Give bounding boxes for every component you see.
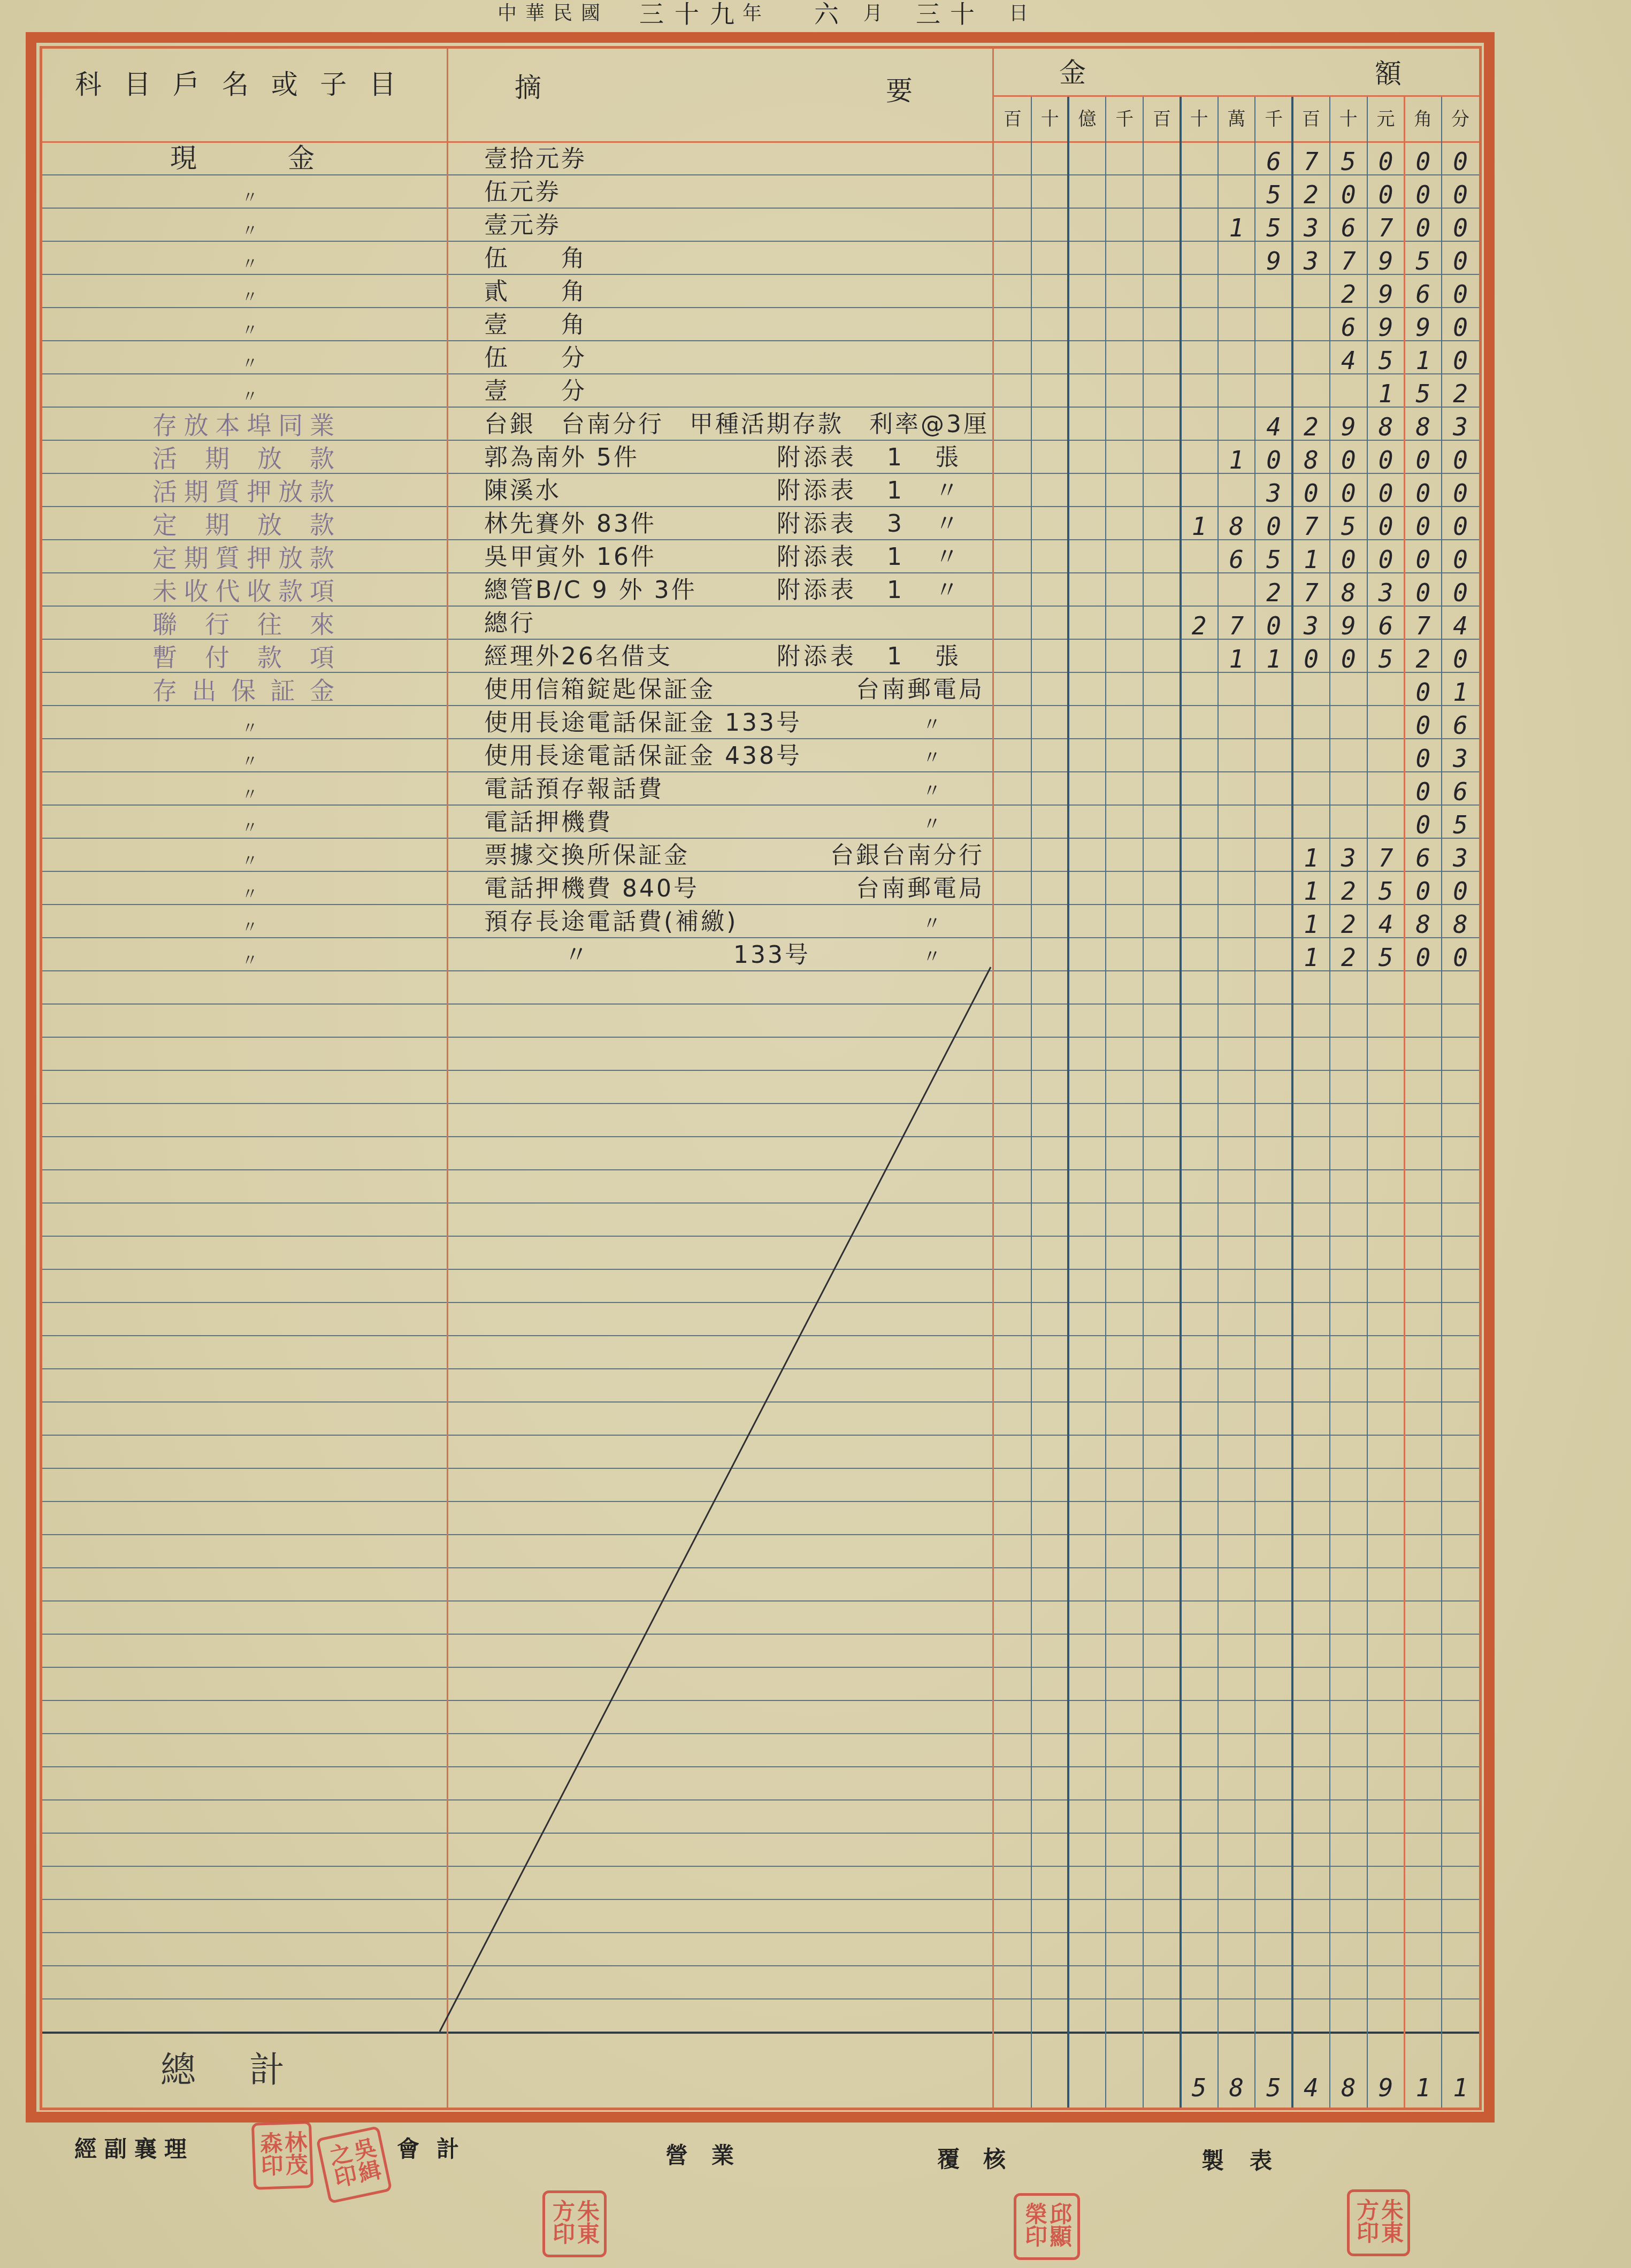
- month-label: 月: [863, 2, 883, 26]
- amount-digits: 06: [994, 712, 1490, 739]
- amount-digits: 300000: [994, 480, 1490, 507]
- summary-note: 附添表 1 張: [777, 642, 962, 671]
- subject-ditto-mark: 〃: [242, 288, 258, 307]
- summary-note: 〃: [923, 814, 941, 835]
- summary-text: 壹 角: [484, 311, 587, 340]
- summary-text: 總行: [484, 609, 535, 638]
- month-value: 六: [814, 0, 839, 29]
- subject-ditto-mark: 〃: [242, 189, 258, 207]
- account-subject: 定期放款: [152, 511, 334, 539]
- unit-label: 百: [994, 97, 1031, 141]
- ledger-row: 〃 壹 分 152: [0, 375, 1631, 408]
- amount-digits: 937950: [994, 248, 1490, 274]
- total-separator-line: [42, 2032, 1479, 2034]
- signature-label-preparer: 製表: [1201, 2148, 1298, 2174]
- seal-stamp-text: 林茂森印: [257, 2130, 308, 2181]
- summary-note: 附添表 1 張: [777, 443, 962, 472]
- amount-digits: 12488: [994, 911, 1490, 938]
- ledger-row: 活期質押放款 陳溪水 附添表 1 〃 300000: [0, 474, 1631, 508]
- summary-text: 使用信箱錠匙保証金: [484, 676, 715, 704]
- summary-text: 台銀 台南分行 甲種活期存款 利率@3厘: [484, 410, 989, 439]
- summary-text: 壹 分: [484, 377, 587, 406]
- unit-label: 萬: [1218, 97, 1255, 141]
- ledger-row: 〃 壹元券 1536700: [0, 209, 1631, 242]
- amount-digits: 05: [994, 811, 1490, 838]
- subject-ditto-mark: 〃: [242, 852, 258, 870]
- subject-ditto-mark: 〃: [242, 819, 258, 837]
- summary-text: 貳 角: [484, 278, 587, 307]
- summary-text: 票據交換所保証金: [484, 841, 690, 870]
- subject-ditto-mark: 〃: [242, 719, 258, 738]
- amount-digits: 4510: [994, 347, 1490, 374]
- summary-text: 使用長途電話保証金 438号: [484, 742, 802, 771]
- summary-text: 經理外26名借支: [484, 642, 672, 671]
- seal-stamp: 邱顯榮印: [1014, 2193, 1080, 2260]
- subject-ditto-mark: 〃: [242, 885, 258, 903]
- unit-label: 千: [1255, 97, 1292, 141]
- summary-note: 附添表 1 〃: [777, 576, 962, 605]
- amount-digits: 01: [994, 679, 1490, 706]
- summary-text: 壹元券: [484, 211, 561, 240]
- ledger-page: 中華民國 三十九 年 六 月 三十 日 科目戶名或子目 摘 要 金 額 百 十: [0, 0, 1631, 2268]
- ledger-row: 〃 票據交換所保証金 台銀台南分行 13763: [0, 839, 1631, 872]
- ledger-row: 定期放款 林先賽外 83件 附添表 3 〃 18075000: [0, 508, 1631, 541]
- unit-label: 億: [1069, 97, 1106, 141]
- ledger-row: 〃 〃 133号 〃 12500: [0, 939, 1631, 972]
- unit-label: 百: [1292, 97, 1330, 141]
- summary-note: 〃: [923, 747, 941, 769]
- summary-note: 〃: [923, 946, 941, 968]
- seal-stamp: 朱東方印: [542, 2190, 607, 2257]
- subject-ditto-mark: 〃: [242, 918, 258, 937]
- amount-digits: 06: [994, 778, 1490, 805]
- account-subject: 存出保証金: [152, 677, 334, 704]
- summary-note: 〃: [923, 780, 941, 802]
- signature-label-operations: 營業: [665, 2142, 757, 2169]
- amount-unit-headers: 百 十 億 千 百 十 萬 千 百 十 元 角 分: [994, 97, 1479, 141]
- seal-stamp-text: 邱顯榮印: [1022, 2202, 1071, 2251]
- summary-text: 電話押機費: [484, 808, 612, 837]
- summary-text: 吳甲寅外 16件: [484, 543, 656, 572]
- amount-digits: 520000: [994, 181, 1490, 208]
- amount-digits: 152: [994, 380, 1490, 407]
- unit-label: 十: [1330, 97, 1367, 141]
- ledger-row: 〃 電話押機費 〃 05: [0, 806, 1631, 839]
- account-subject: 暫付款項: [152, 643, 334, 671]
- seal-stamp-text: 朱東方印: [1354, 2198, 1403, 2248]
- summary-note: 〃: [923, 714, 941, 735]
- ledger-row: 未收代收款項 總管B/C 9 外 3件 附添表 1 〃 278300: [0, 574, 1631, 607]
- summary-note: 附添表 1 〃: [777, 543, 962, 572]
- amount-digits: 12500: [994, 944, 1490, 971]
- amount-column-header-2: 額: [1375, 58, 1402, 90]
- unit-label: 元: [1367, 97, 1405, 141]
- amount-digits: 18075000: [994, 513, 1490, 540]
- unit-label: 分: [1442, 97, 1479, 141]
- summary-text: 使用長途電話保証金 133号: [484, 709, 802, 738]
- account-subject: 活期放款: [152, 445, 334, 472]
- summary-text: 郭為南外 5件: [484, 443, 639, 472]
- amount-digits: 03: [994, 745, 1490, 772]
- ledger-row: 存放本埠同業 台銀 台南分行 甲種活期存款 利率@3厘 429883: [0, 408, 1631, 441]
- subject-ditto-mark: 〃: [242, 355, 258, 373]
- ledger-row: 〃 預存長途電話費(補繳) 〃 12488: [0, 906, 1631, 939]
- subject-ditto-mark: 〃: [242, 321, 258, 340]
- summary-text: 陳溪水: [484, 477, 561, 505]
- day-label: 日: [1009, 2, 1028, 26]
- summary-text: 〃 133号: [564, 941, 810, 970]
- unit-label: 千: [1106, 97, 1143, 141]
- summary-column-header-2: 要: [886, 75, 913, 107]
- ledger-row: 〃 伍 角 937950: [0, 242, 1631, 275]
- ledger-row: 存出保証金 使用信箱錠匙保証金 台南郵電局 01: [0, 673, 1631, 707]
- amount-digits: 278300: [994, 579, 1490, 606]
- subject-ditto-mark: 〃: [242, 952, 258, 970]
- amount-digits: 6510000: [994, 546, 1490, 573]
- account-subject-cash: 現金: [170, 144, 315, 173]
- summary-note: 附添表 3 〃: [777, 510, 962, 539]
- summary-text: 林先賽外 83件: [484, 510, 656, 539]
- amount-digits: 1080000: [994, 447, 1490, 473]
- signature-label-review: 覆核: [937, 2146, 1029, 2173]
- ledger-row: 聯行往來 總行 27039674: [0, 607, 1631, 640]
- summary-note: 台南郵電局: [856, 676, 984, 704]
- subject-ditto-mark: 〃: [242, 786, 258, 804]
- day-value: 三十: [916, 0, 984, 29]
- era-label: 中華民國: [497, 2, 609, 26]
- unit-label: 百: [1143, 97, 1181, 141]
- summary-text: 總管B/C 9 外 3件: [484, 576, 697, 605]
- year-label: 年: [742, 2, 762, 26]
- seal-stamp-text: 朱東方印: [550, 2200, 599, 2249]
- year-value: 三十九: [639, 0, 745, 29]
- unit-label: 十: [1031, 97, 1069, 141]
- seal-stamp: 吳緝之印: [316, 2126, 392, 2204]
- unit-label: 十: [1181, 97, 1218, 141]
- amount-column-header-1: 金: [1059, 57, 1086, 89]
- signature-label-manager: 經副襄理: [74, 2136, 194, 2163]
- account-subject: 聯行往來: [152, 610, 334, 638]
- ledger-row: 〃 伍元券 520000: [0, 176, 1631, 209]
- ledger-row: 暫付款項 經理外26名借支 附添表 1 張 1100520: [0, 640, 1631, 673]
- ledger-row: 〃 電話押機費 840号 台南郵電局 12500: [0, 872, 1631, 906]
- ledger-row: 〃 使用長途電話保証金 438号 〃 03: [0, 740, 1631, 773]
- ledger-row: 〃 貳 角 2960: [0, 275, 1631, 309]
- summary-text: 伍 角: [484, 244, 587, 273]
- seal-stamp: 林茂森印: [251, 2121, 313, 2190]
- ledger-row: 定期質押放款 吳甲寅外 16件 附添表 1 〃 6510000: [0, 541, 1631, 574]
- account-subject: 活期質押放款: [152, 478, 334, 505]
- account-subject: 定期質押放款: [152, 544, 334, 572]
- subject-ditto-mark: 〃: [242, 255, 258, 273]
- summary-column-header-1: 摘: [515, 72, 541, 104]
- amount-digits: 13763: [994, 845, 1490, 871]
- amount-digits: 27039674: [994, 612, 1490, 639]
- amount-digits: 6990: [994, 314, 1490, 341]
- total-label: 總計: [160, 2050, 338, 2090]
- summary-note: 〃: [923, 913, 941, 934]
- summary-text: 預存長途電話費(補繳): [484, 908, 738, 937]
- total-amount-digits: 58548911: [994, 2074, 1490, 2101]
- ledger-row: 活期放款 郭為南外 5件 附添表 1 張 1080000: [0, 441, 1631, 474]
- amount-digits: 675000: [994, 148, 1490, 175]
- ledger-row: 〃 使用長途電話保証金 133号 〃 06: [0, 707, 1631, 740]
- seal-stamp: 朱東方印: [1347, 2189, 1410, 2256]
- amount-digits: 12500: [994, 878, 1490, 905]
- ledger-row: 〃 壹 角 6990: [0, 309, 1631, 342]
- ledger-row: 現金 壹拾元券 675000: [0, 143, 1631, 176]
- amount-digits: 2960: [994, 281, 1490, 308]
- seal-stamp-text: 吳緝之印: [325, 2135, 383, 2194]
- summary-text: 伍元券: [484, 178, 561, 207]
- subject-ditto-mark: 〃: [242, 388, 258, 406]
- subject-ditto-mark: 〃: [242, 222, 258, 240]
- amount-digits: 1536700: [994, 214, 1490, 241]
- ledger-row: 〃 電話預存報話費 〃 06: [0, 773, 1631, 806]
- summary-text: 壹拾元券: [484, 145, 587, 174]
- account-subject: 存放本埠同業: [152, 411, 334, 439]
- summary-text: 伍 分: [484, 344, 587, 373]
- subject-column-header: 科目戶名或子目: [75, 68, 396, 101]
- account-subject: 未收代收款項: [152, 577, 334, 605]
- summary-text: 電話押機費 840号: [484, 875, 699, 903]
- unit-label: 角: [1404, 97, 1442, 141]
- signature-label-accounting: 會計: [397, 2136, 476, 2163]
- summary-note: 附添表 1 〃: [777, 477, 962, 505]
- summary-text: 電話預存報話費: [484, 775, 664, 804]
- ledger-row: 〃 伍 分 4510: [0, 342, 1631, 375]
- amount-digits: 1100520: [994, 646, 1490, 672]
- subject-ditto-mark: 〃: [242, 753, 258, 771]
- summary-note: 台銀台南分行: [830, 841, 984, 870]
- amount-digits: 429883: [994, 413, 1490, 440]
- summary-note: 台南郵電局: [856, 875, 984, 903]
